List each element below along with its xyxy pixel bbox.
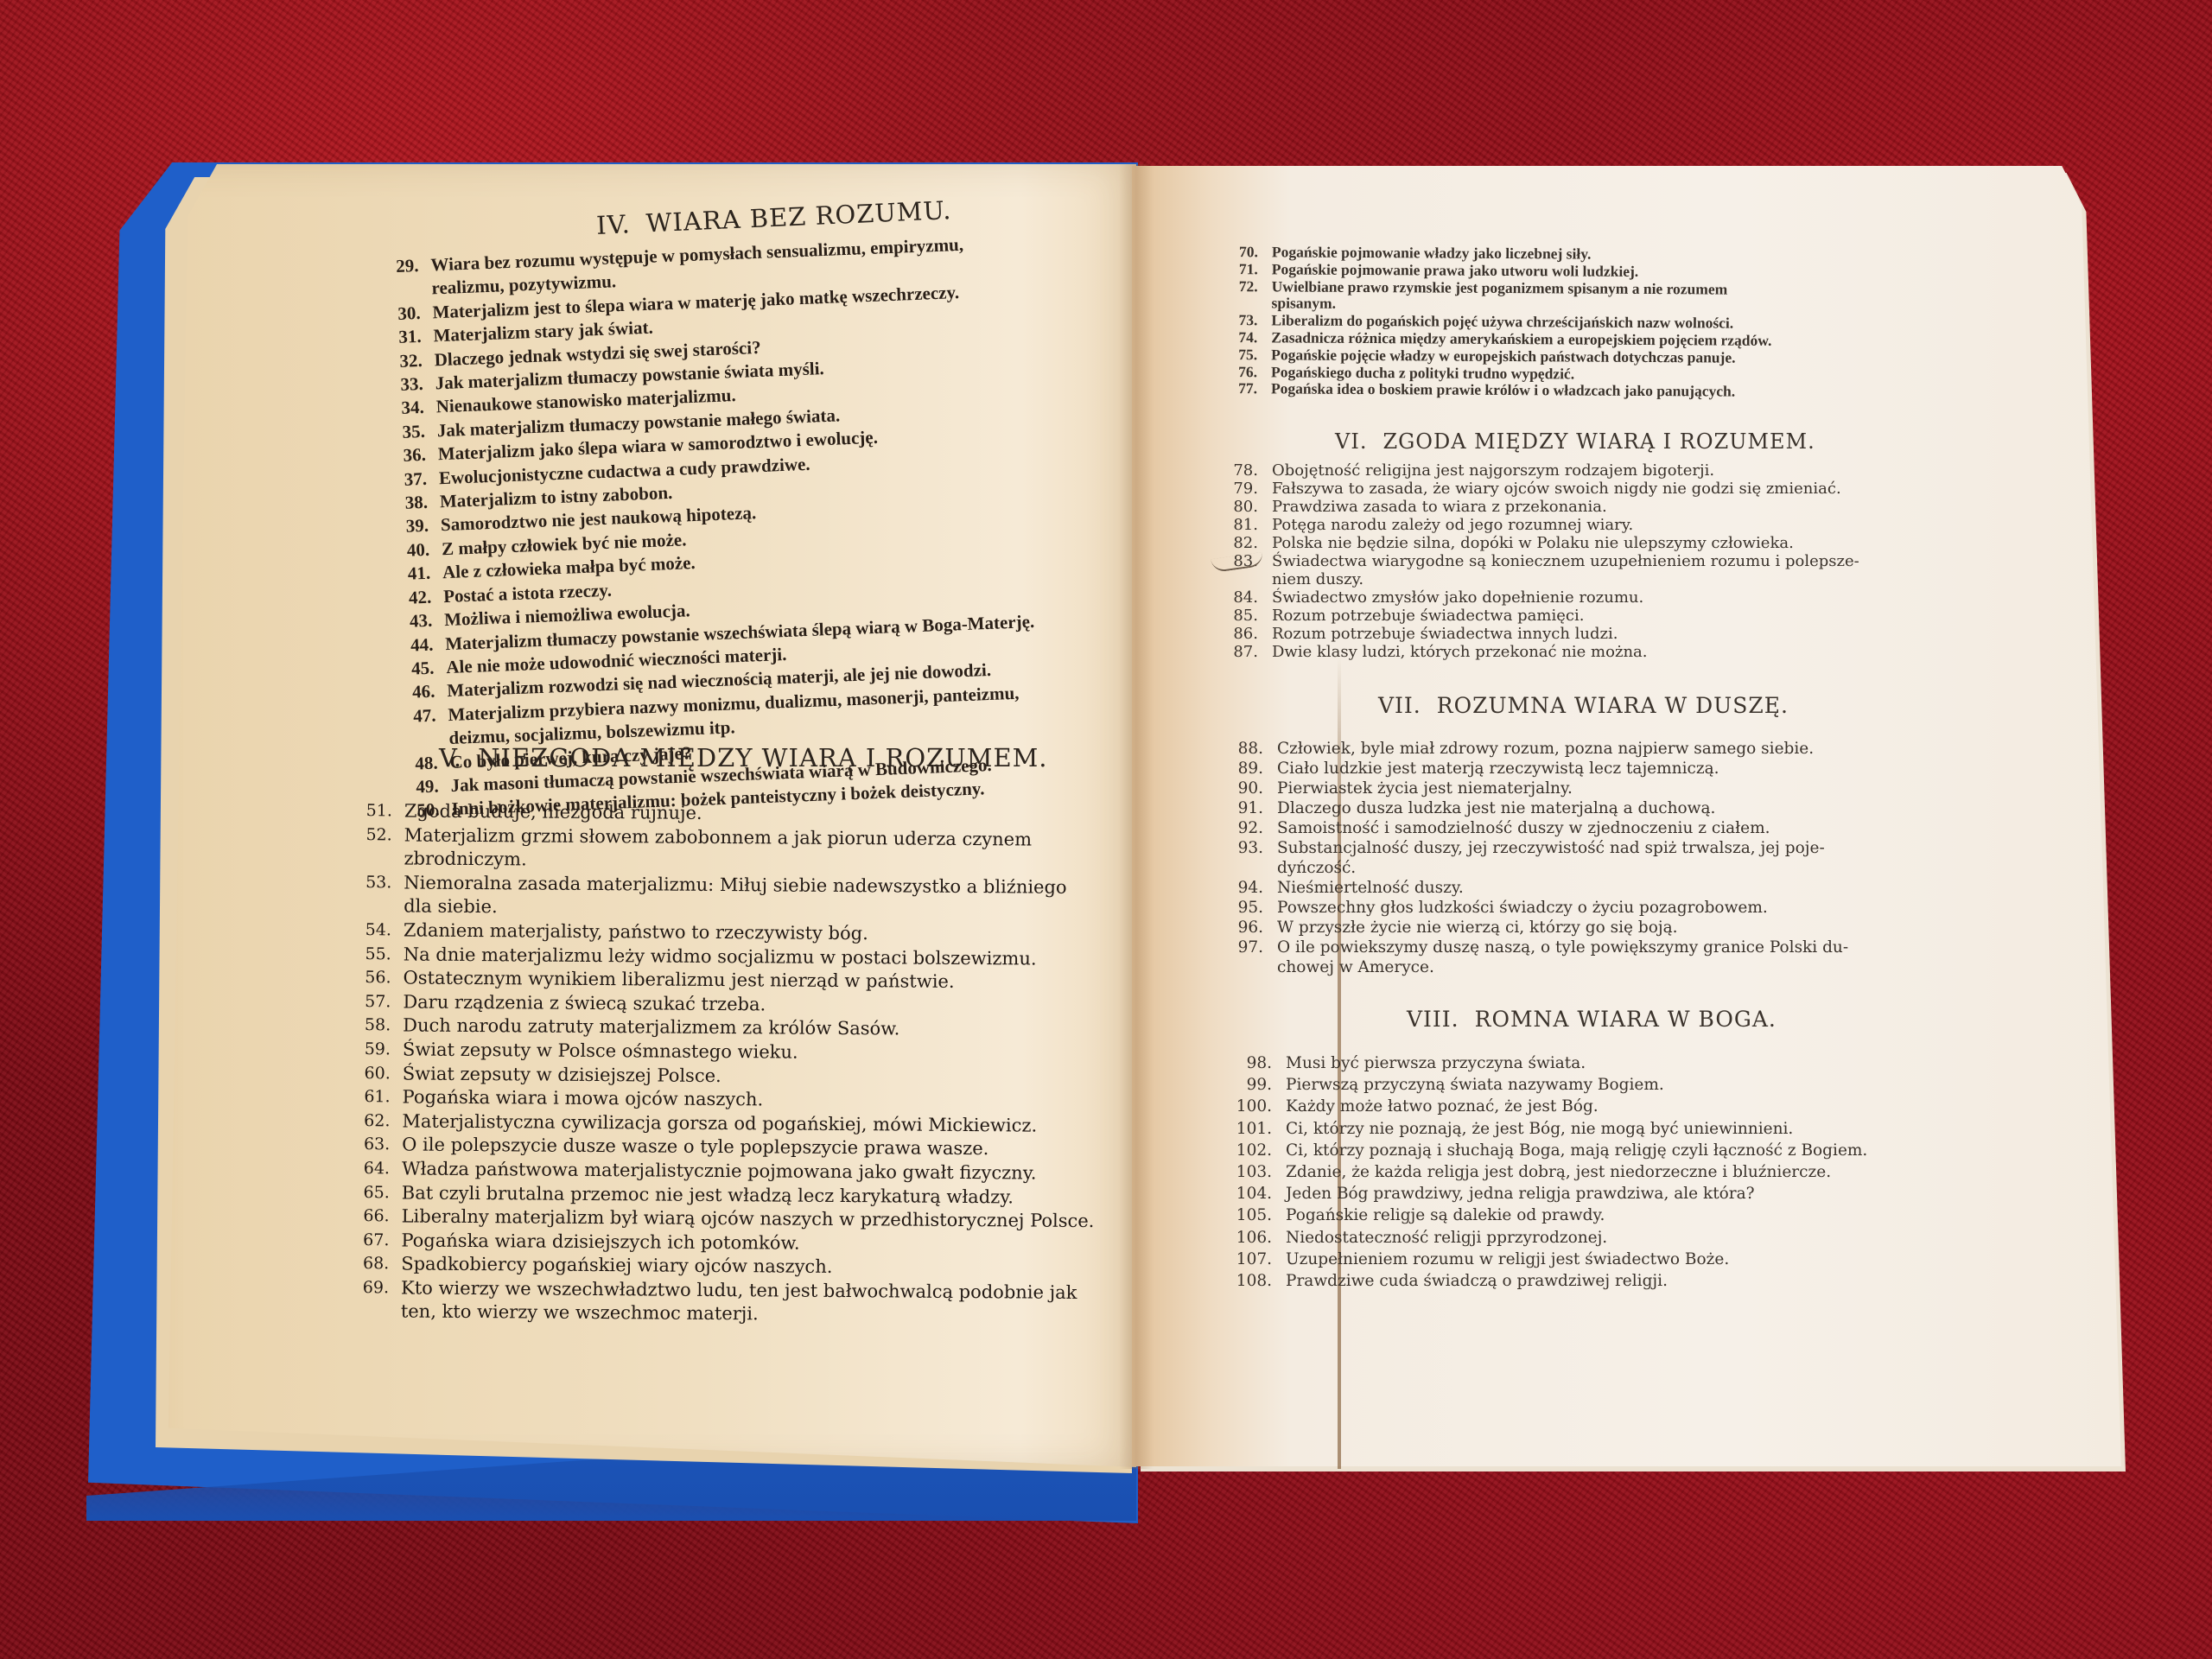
item-text-continuation: ten, kto wierzy we wszechmoc materji. (401, 1300, 1077, 1329)
item-number: 102. (1225, 1140, 1286, 1161)
list-item: 98.Musi być pierwsza przyczyna świata. (1225, 1052, 1867, 1074)
item-text: Spadkobiercy pogańskiej wiary ojców nasz… (401, 1253, 832, 1280)
item-number: 86. (1220, 625, 1272, 643)
item-text: Duch narodu zatruty materjalizmem za kró… (403, 1014, 899, 1042)
item-number: 98. (1225, 1052, 1286, 1074)
item-text: Rozum potrzebuje świadectwa pamięci. (1272, 607, 1584, 625)
list-item: 81.Potęga narodu zależy od jego rozumnej… (1220, 516, 1859, 534)
item-text-line: Fałszywa to zasada, że wiary ojców swoic… (1272, 480, 1841, 498)
item-text: Ostatecznym wynikiem liberalizmu jest ni… (403, 967, 954, 995)
item-text-line: Ci, którzy nie poznają, że jest Bóg, nie… (1286, 1118, 1793, 1140)
item-text-line: W przyszłe życie nie wierzą ci, którzy g… (1277, 918, 1678, 938)
item-text-line: Człowiek, byle miał zdrowy rozum, pozna … (1277, 739, 1814, 759)
item-number: 40. (385, 537, 442, 563)
item-text-line: Ciało ludzkie jest materją rzeczywistą l… (1277, 759, 1719, 779)
item-text-line: Powszechny głos ludzkości świadczy o życ… (1277, 898, 1768, 918)
item-number: 73. (1219, 312, 1271, 329)
section-roman-numeral: VII. (1378, 693, 1421, 718)
item-text: Pierwszą przyczyną świata nazywamy Bogie… (1286, 1074, 1664, 1096)
item-text: Człowiek, byle miał zdrowy rozum, pozna … (1277, 739, 1814, 759)
section-iv-list: 29.Wiara bez rozumu występuje w pomysłac… (373, 231, 1041, 823)
item-text-line: Dlaczego dusza ludzka jest nie materjaln… (1277, 798, 1715, 818)
book-gutter (1119, 164, 1154, 1469)
item-text-line: Niemoralna zasada materjalizmu: Miłuj si… (404, 871, 1066, 899)
item-text: Świadectwa wiarygodne są koniecznem uzup… (1272, 552, 1859, 588)
item-text-line: Każdy może łatwo poznać, że jest Bóg. (1286, 1096, 1599, 1117)
item-text: Samoistność i samodzielność duszy w zjed… (1277, 818, 1770, 838)
item-text-line: Spadkobiercy pogańskiej wiary ojców nasz… (401, 1253, 832, 1280)
section-title: ROMNA WIARA W BOGA. (1475, 1007, 1777, 1032)
item-text-line: Duch narodu zatruty materjalizmem za kró… (403, 1014, 899, 1042)
item-number: 53. (346, 871, 404, 919)
item-number: 36. (380, 443, 438, 469)
list-item: 99.Pierwszą przyczyną świata nazywamy Bo… (1225, 1074, 1867, 1096)
item-text: Daru rządzenia z świecą szukać trzeba. (403, 990, 766, 1017)
item-number: 39. (384, 514, 442, 540)
item-number: 104. (1225, 1183, 1286, 1205)
list-item: 97.O ile powiekszymy duszę naszą, o tyle… (1225, 938, 1848, 977)
item-text: Zgoda buduje, niezgoda rujnuje. (404, 799, 702, 825)
item-text-continuation: dyńczość. (1277, 858, 1825, 878)
item-number: 82. (1220, 534, 1272, 552)
item-number: 31. (376, 325, 434, 351)
item-number: 105. (1225, 1205, 1286, 1226)
list-item: 94.Nieśmiertelność duszy. (1225, 878, 1848, 898)
list-item: 86.Rozum potrzebuje świadectwa innych lu… (1220, 625, 1859, 643)
item-number: 60. (346, 1062, 403, 1086)
item-text-line: Pogańska idea o boskiem prawie królów i … (1271, 381, 1735, 401)
item-number: 89. (1225, 759, 1277, 779)
item-number: 108. (1225, 1270, 1286, 1292)
item-number: 68. (344, 1252, 401, 1276)
item-text: Niemoralna zasada materjalizmu: Miłuj si… (404, 871, 1067, 924)
item-text-continuation: chowej w Ameryce. (1277, 957, 1848, 977)
list-item: 84.Świadectwo zmysłów jako dopełnienie r… (1220, 588, 1859, 607)
item-number: 49. (393, 774, 451, 800)
item-text: Powszechny głos ludzkości świadczy o życ… (1277, 898, 1768, 918)
item-number: 94. (1225, 878, 1277, 898)
list-item: 102.Ci, którzy poznają i słuchają Boga, … (1225, 1140, 1867, 1161)
item-number: 34. (378, 396, 436, 422)
item-text-line: Świat zepsuty w Polsce ośmnastego wieku. (403, 1038, 798, 1065)
item-text: Pierwiastek życia jest niematerjalny. (1277, 779, 1573, 798)
item-number: 81. (1220, 516, 1272, 534)
list-item: 96.W przyszłe życie nie wierzą ci, którz… (1225, 918, 1848, 938)
item-text: Kto wierzy we wszechwładztwo ludu, ten j… (401, 1276, 1077, 1329)
section-title: NIEZGODA MIĘDZY WIARĄ I ROZUMEM. (478, 743, 1047, 772)
item-text: Materjalizm grzmi słowem zabobonnem a ja… (404, 823, 1032, 875)
item-number: 43. (387, 608, 445, 634)
item-number: 37. (381, 467, 439, 493)
list-item: 78.Obojętność religijna jest najgorszym … (1220, 461, 1859, 480)
section-heading-v: V.NIEZGODA MIĘDZY WIARĄ I ROZUMEM. (439, 743, 1048, 772)
list-item: 105.Pogańskie religje są dalekie od praw… (1225, 1205, 1867, 1226)
item-number: 106. (1225, 1227, 1286, 1249)
item-number: 32. (377, 348, 435, 374)
section-title: ROZUMNA WIARA W DUSZĘ. (1437, 693, 1789, 718)
list-item: 72.Uwielbiane prawo rzymskie jest pogani… (1220, 278, 1772, 315)
item-number: 55. (346, 943, 404, 967)
item-number: 93. (1225, 838, 1277, 878)
item-number: 41. (385, 561, 443, 587)
section-title: ZGODA MIĘDZY WIARĄ I ROZUMEM. (1382, 429, 1815, 454)
list-item: 80.Prawdziwa zasada to wiara z przekonan… (1220, 498, 1859, 516)
item-text: O ile powiekszymy duszę naszą, o tyle po… (1277, 938, 1848, 977)
item-number: 84. (1220, 588, 1272, 607)
section-viii-list: 98.Musi być pierwsza przyczyna świata.99… (1225, 1052, 1867, 1292)
item-text-line: Świat zepsuty w dzisiejszej Polsce. (403, 1062, 721, 1088)
item-number: 38. (383, 490, 441, 516)
list-item: 88.Człowiek, byle miał zdrowy rozum, poz… (1225, 739, 1848, 759)
item-number: 95. (1225, 898, 1277, 918)
section-heading-vii: VII.ROZUMNA WIARA W DUSZĘ. (1378, 693, 1789, 718)
item-text: Ci, którzy nie poznają, że jest Bóg, nie… (1286, 1118, 1793, 1140)
item-text: Rozum potrzebuje świadectwa innych ludzi… (1272, 625, 1618, 643)
section-heading-vi: VI.ZGODA MIĘDZY WIARĄ I ROZUMEM. (1335, 429, 1815, 454)
item-text-line: Potęga narodu zależy od jego rozumnej wi… (1272, 516, 1633, 534)
item-number: 45. (389, 656, 447, 682)
item-text-line: Prawdziwa zasada to wiara z przekonania. (1272, 498, 1607, 516)
item-text-line: Pierwszą przyczyną świata nazywamy Bogie… (1286, 1074, 1664, 1096)
item-number: 88. (1225, 739, 1277, 759)
section-vii-list: 88.Człowiek, byle miał zdrowy rozum, poz… (1225, 739, 1848, 977)
item-number: 80. (1220, 498, 1272, 516)
item-number: 62. (345, 1109, 402, 1134)
item-text-line: Rozum potrzebuje świadectwa pamięci. (1272, 607, 1584, 625)
item-text-line: Jeden Bóg prawdziwy, jedna religja prawd… (1286, 1183, 1755, 1205)
list-item: 100.Każdy może łatwo poznać, że jest Bóg… (1225, 1096, 1867, 1117)
section-heading-viii: VIII.ROMNA WIARA W BOGA. (1407, 1007, 1777, 1032)
item-number: 42. (386, 585, 444, 611)
item-number: 58. (346, 1014, 403, 1038)
item-number: 64. (345, 1157, 402, 1181)
item-number: 51. (347, 799, 404, 823)
item-text-line: Zgoda buduje, niezgoda rujnuje. (404, 799, 702, 825)
item-number: 75. (1219, 346, 1271, 364)
item-text-continuation: niem duszy. (1272, 570, 1859, 588)
list-item: 83.Świadectwa wiarygodne są koniecznem u… (1220, 552, 1859, 588)
item-number: 54. (346, 918, 404, 943)
item-text-line: Pogańska wiara i mowa ojców naszych. (402, 1086, 763, 1113)
item-number: 77. (1219, 380, 1271, 397)
item-text: Fałszywa to zasada, że wiary ojców swoic… (1272, 480, 1841, 498)
list-item: 53.Niemoralna zasada materjalizmu: Miłuj… (346, 871, 1096, 924)
item-text: Ciało ludzkie jest materją rzeczywistą l… (1277, 759, 1719, 779)
item-number: 96. (1225, 918, 1277, 938)
item-number: 44. (388, 632, 446, 658)
item-number: 91. (1225, 798, 1277, 818)
list-item: 82.Polska nie będzie silna, dopóki w Pol… (1220, 534, 1859, 552)
item-text: Pogańska wiara i mowa ojców naszych. (402, 1086, 763, 1113)
list-item: 93.Substancjalność duszy, jej rzeczywist… (1225, 838, 1848, 878)
list-item: 77.Pogańska idea o boskiem prawie królów… (1219, 380, 1771, 401)
item-text: Obojętność religijna jest najgorszym rod… (1272, 461, 1714, 480)
section-roman-numeral: VI. (1335, 429, 1367, 454)
item-text: Zdaniem materjalisty, państwo to rzeczyw… (404, 918, 868, 945)
item-number: 97. (1225, 938, 1277, 977)
item-number: 76. (1219, 364, 1271, 381)
list-item: 85.Rozum potrzebuje świadectwa pamięci. (1220, 607, 1859, 625)
item-text-line: Ostatecznym wynikiem liberalizmu jest ni… (403, 967, 954, 995)
item-text: Niedostateczność religji pprzyrodzonej. (1286, 1227, 1607, 1249)
item-number: 90. (1225, 779, 1277, 798)
item-text: Substancjalność duszy, jej rzeczywistość… (1277, 838, 1825, 878)
item-number: 71. (1220, 261, 1272, 278)
list-item: 87.Dwie klasy ludzi, których przekonać n… (1220, 643, 1859, 661)
section-roman-numeral: VIII. (1407, 1007, 1459, 1032)
item-number: 79. (1220, 480, 1272, 498)
item-number: 33. (378, 372, 435, 397)
section-vi-list: 78.Obojętność religijna jest najgorszym … (1220, 461, 1859, 661)
list-item: 101.Ci, którzy nie poznają, że jest Bóg,… (1225, 1118, 1867, 1140)
item-text: Uwielbiane prawo rzymskie jest poganizme… (1272, 278, 1728, 315)
list-item: 89.Ciało ludzkie jest materją rzeczywist… (1225, 759, 1848, 779)
list-item: 90.Pierwiastek życia jest niematerjalny. (1225, 779, 1848, 798)
section-roman-numeral: IV. (595, 209, 631, 240)
item-text-line: O ile powiekszymy duszę naszą, o tyle po… (1277, 938, 1848, 957)
item-text: Ci, którzy poznają i słuchają Boga, mają… (1286, 1140, 1867, 1161)
item-number: 103. (1225, 1161, 1286, 1183)
item-text-line: Świadectwo zmysłów jako dopełnienie rozu… (1272, 588, 1643, 607)
item-text-line: Uwielbiane prawo rzymskie jest poganizme… (1272, 278, 1728, 298)
list-item: 95.Powszechny głos ludzkości świadczy o … (1225, 898, 1848, 918)
item-text-line: Dwie klasy ludzi, których przekonać nie … (1272, 643, 1648, 661)
item-text: Świat zepsuty w Polsce ośmnastego wieku. (403, 1038, 798, 1065)
item-number: 61. (345, 1085, 402, 1109)
item-text-line: Zdaniem materjalisty, państwo to rzeczyw… (404, 918, 868, 945)
list-item: 69.Kto wierzy we wszechwładztwo ludu, te… (344, 1276, 1094, 1329)
item-number: 78. (1220, 461, 1272, 480)
item-number: 46. (390, 679, 448, 705)
item-number: 74. (1219, 329, 1271, 346)
item-text: Świat zepsuty w dzisiejszej Polsce. (403, 1062, 721, 1088)
item-text-line: Niedostateczność religji pprzyrodzonej. (1286, 1227, 1607, 1249)
item-text-line: Ci, którzy poznają i słuchają Boga, mają… (1286, 1140, 1867, 1161)
item-text: Prawdziwa zasada to wiara z przekonania. (1272, 498, 1607, 516)
item-text: Pogańska wiara dzisiejszych ich potomków… (401, 1229, 799, 1255)
item-number: 30. (375, 301, 433, 327)
list-item: 106.Niedostateczność religji pprzyrodzon… (1225, 1227, 1867, 1249)
item-text: Polska nie będzie silna, dopóki w Polaku… (1272, 534, 1794, 552)
section-roman-numeral: V. (439, 743, 462, 772)
item-number: 59. (346, 1038, 403, 1062)
item-text-line: Samoistność i samodzielność duszy w zjed… (1277, 818, 1770, 838)
item-number: 35. (379, 419, 437, 445)
item-text-line: Daru rządzenia z świecą szukać trzeba. (403, 990, 766, 1017)
section-v-list: 51.Zgoda buduje, niezgoda rujnuje.52.Mat… (344, 799, 1097, 1329)
item-text-line: Musi być pierwsza przyczyna świata. (1286, 1052, 1586, 1074)
item-number: 29. (373, 253, 432, 302)
list-item: 103.Zdanie, że każda religja jest dobrą,… (1225, 1161, 1867, 1183)
item-number: 85. (1220, 607, 1272, 625)
item-text-line: Świadectwa wiarygodne są koniecznem uzup… (1272, 552, 1859, 570)
list-item: 107.Uzupełnieniem rozumu w religji jest … (1225, 1249, 1867, 1270)
item-text: Dwie klasy ludzi, których przekonać nie … (1272, 643, 1648, 661)
list-item: 108.Prawdziwe cuda świadczą o prawdziwej… (1225, 1270, 1867, 1292)
item-text: Dlaczego dusza ludzka jest nie materjaln… (1277, 798, 1715, 818)
item-number: 87. (1220, 643, 1272, 661)
item-text-line: Prawdziwe cuda świadczą o prawdziwej rel… (1286, 1270, 1668, 1292)
item-number: 67. (344, 1229, 401, 1253)
item-number: 65. (345, 1180, 402, 1205)
item-text-line: Substancjalność duszy, jej rzeczywistość… (1277, 838, 1825, 858)
item-number: 101. (1225, 1118, 1286, 1140)
item-number: 57. (346, 990, 403, 1014)
section-v-continued-list: 70.Pogańskie pojmowanie władzy jako licz… (1219, 244, 1772, 401)
item-text: Prawdziwe cuda świadczą o prawdziwej rel… (1286, 1270, 1668, 1292)
item-number: 92. (1225, 818, 1277, 838)
item-text-line: Uzupełnieniem rozumu w religji jest świa… (1286, 1249, 1729, 1270)
item-text-line: Pogańskie religje są dalekie od prawdy. (1286, 1205, 1605, 1226)
item-text: Potęga narodu zależy od jego rozumnej wi… (1272, 516, 1633, 534)
item-text-line: Pogańska wiara dzisiejszych ich potomków… (401, 1229, 799, 1255)
item-number: 99. (1225, 1074, 1286, 1096)
item-number: 100. (1225, 1096, 1286, 1117)
item-text-line: Obojętność religijna jest najgorszym rod… (1272, 461, 1714, 480)
item-text-line: Nieśmiertelność duszy. (1277, 878, 1464, 898)
item-text-line: Polska nie będzie silna, dopóki w Polaku… (1272, 534, 1794, 552)
item-text: Pogańska idea o boskiem prawie królów i … (1271, 381, 1735, 401)
item-number: 66. (345, 1205, 402, 1229)
list-item: 104.Jeden Bóg prawdziwy, jedna religja p… (1225, 1183, 1867, 1205)
item-text: Jeden Bóg prawdziwy, jedna religja prawd… (1286, 1183, 1755, 1205)
list-item: 92.Samoistność i samodzielność duszy w z… (1225, 818, 1848, 838)
item-text: Musi być pierwsza przyczyna świata. (1286, 1052, 1586, 1074)
item-text: Zdanie, że każda religja jest dobrą, jes… (1286, 1161, 1831, 1183)
item-text: Uzupełnieniem rozumu w religji jest świa… (1286, 1249, 1729, 1270)
item-text: Pogańskie religje są dalekie od prawdy. (1286, 1205, 1605, 1226)
item-number: 69. (344, 1276, 401, 1325)
item-text: Każdy może łatwo poznać, że jest Bóg. (1286, 1096, 1599, 1117)
list-item: 91.Dlaczego dusza ludzka jest nie materj… (1225, 798, 1848, 818)
item-text: W przyszłe życie nie wierzą ci, którzy g… (1277, 918, 1678, 938)
item-text-line: Pierwiastek życia jest niematerjalny. (1277, 779, 1573, 798)
item-text-line: Zdanie, że każda religja jest dobrą, jes… (1286, 1161, 1831, 1183)
item-text: Nieśmiertelność duszy. (1277, 878, 1464, 898)
item-number: 107. (1225, 1249, 1286, 1270)
item-text: Świadectwo zmysłów jako dopełnienie rozu… (1272, 588, 1643, 607)
item-number: 56. (346, 966, 403, 990)
list-item: 52.Materjalizm grzmi słowem zabobonnem a… (346, 823, 1096, 876)
item-text-line: Rozum potrzebuje świadectwa innych ludzi… (1272, 625, 1618, 643)
item-number: 63. (345, 1133, 402, 1157)
item-number: 52. (346, 823, 404, 872)
item-number: 70. (1220, 244, 1272, 261)
list-item: 79.Fałszywa to zasada, że wiary ojców sw… (1220, 480, 1859, 498)
item-number: 72. (1220, 278, 1272, 313)
